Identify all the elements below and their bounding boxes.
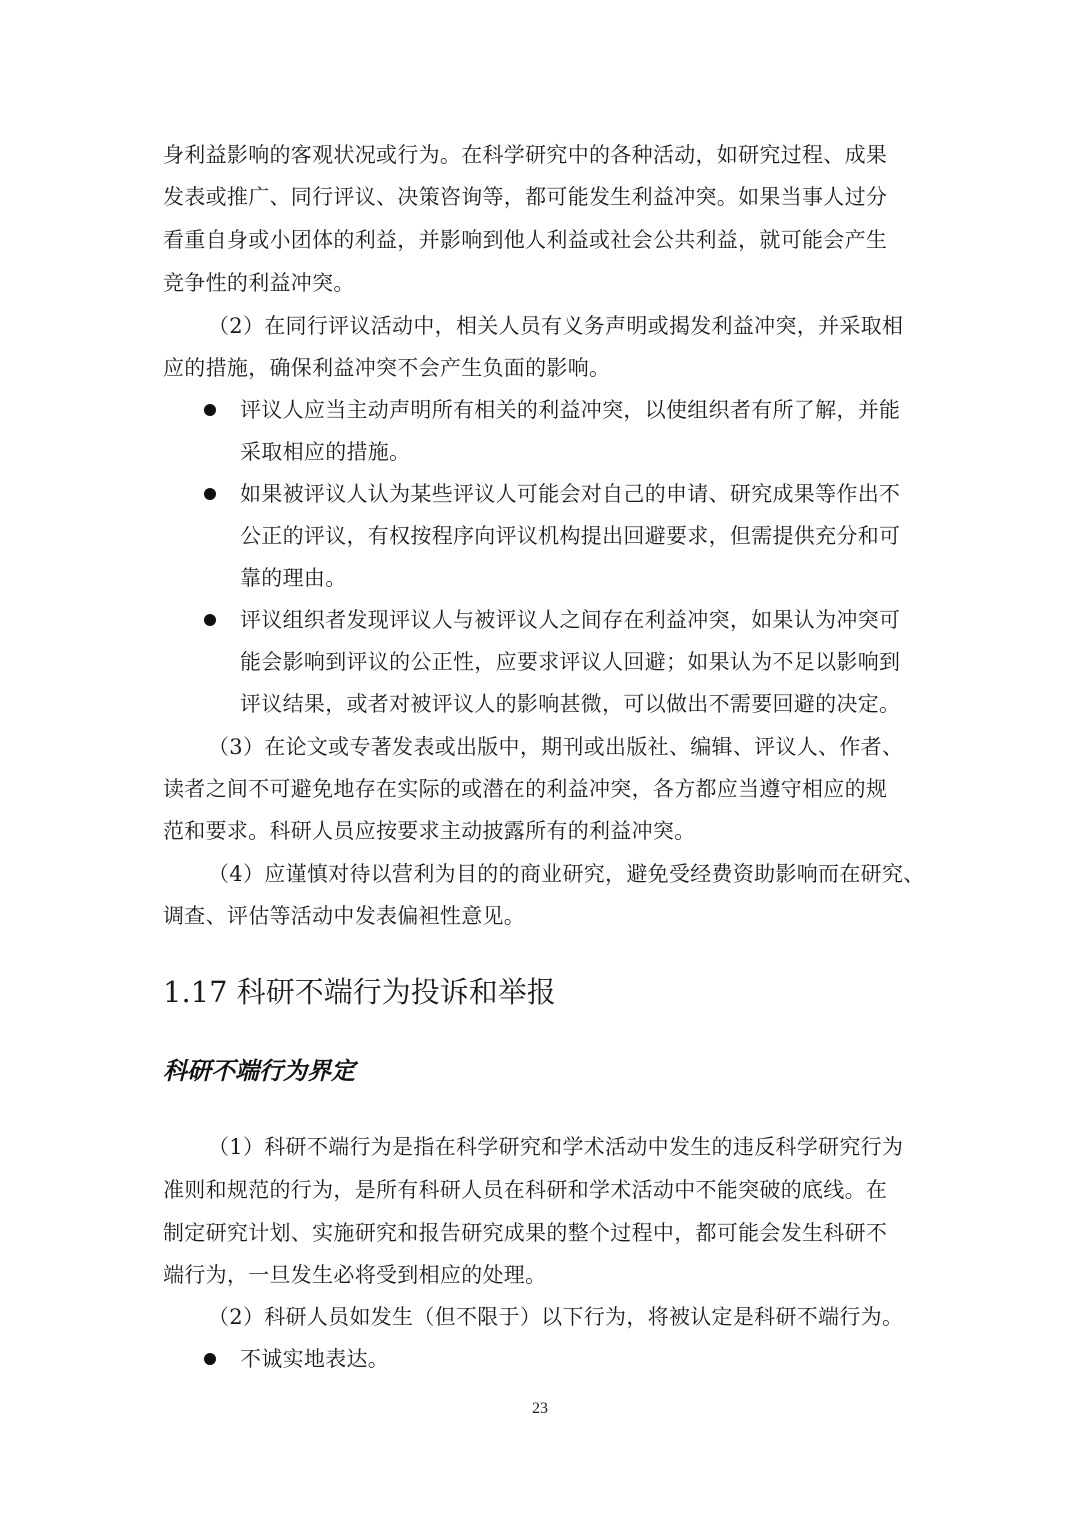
body-text-line: 身利益影响的客观状况或行为。在科学研究中的各种活动，如研究过程、成果 — [163, 140, 923, 170]
body-text-line: （3）在论文或专著发表或出版中，期刊或出版社、编辑、评议人、作者、 — [208, 732, 968, 762]
bullet-text-line: 评议人应当主动声明所有相关的利益冲突，以使组织者有所了解，并能 — [240, 395, 920, 425]
body-text-line: （2）在同行评议活动中，相关人员有义务声明或揭发利益冲突，并采取相 — [208, 311, 968, 341]
body-text-line: 调查、评估等活动中发表偏袒性意见。 — [163, 901, 923, 931]
bullet-icon — [204, 614, 216, 626]
body-text-line: 竞争性的利益冲突。 — [163, 268, 923, 298]
body-text-line: （2）科研人员如发生（但不限于）以下行为，将被认定是科研不端行为。 — [208, 1302, 968, 1332]
page-number: 23 — [0, 1400, 1080, 1418]
bullet-text-line: 如果被评议人认为某些评议人可能会对自己的申请、研究成果等作出不 — [240, 479, 920, 509]
body-text-line: 读者之间不可避免地存在实际的或潜在的利益冲突，各方都应当遵守相应的规 — [163, 774, 923, 804]
bullet-text-line: 靠的理由。 — [240, 563, 920, 593]
bullet-text-line: 评议结果，或者对被评议人的影响甚微，可以做出不需要回避的决定。 — [240, 689, 920, 719]
body-text-line: 应的措施，确保利益冲突不会产生负面的影响。 — [163, 353, 923, 383]
document-page: 身利益影响的客观状况或行为。在科学研究中的各种活动，如研究过程、成果 发表或推广… — [0, 0, 1080, 1527]
body-text-line: 看重自身或小团体的利益，并影响到他人利益或社会公共利益，就可能会产生 — [163, 225, 923, 255]
bullet-icon — [204, 488, 216, 500]
body-text-line: 端行为，一旦发生必将受到相应的处理。 — [163, 1260, 923, 1290]
body-text-line: 范和要求。科研人员应按要求主动披露所有的利益冲突。 — [163, 816, 923, 846]
bullet-icon — [204, 1353, 216, 1365]
bullet-text-line: 能会影响到评议的公正性，应要求评议人回避；如果认为不足以影响到 — [240, 647, 920, 677]
bullet-text-line: 采取相应的措施。 — [240, 437, 920, 467]
subsection-heading: 科研不端行为界定 — [163, 1054, 355, 1088]
body-text-line: （1）科研不端行为是指在科学研究和学术活动中发生的违反科学研究行为 — [208, 1132, 968, 1162]
bullet-text-line: 公正的评议，有权按程序向评议机构提出回避要求，但需提供充分和可 — [240, 521, 920, 551]
body-text-line: （4）应谨慎对待以营利为目的的商业研究，避免受经费资助影响而在研究、 — [208, 859, 968, 889]
body-text-line: 发表或推广、同行评议、决策咨询等，都可能发生利益冲突。如果当事人过分 — [163, 182, 923, 212]
bullet-text-line: 评议组织者发现评议人与被评议人之间存在利益冲突，如果认为冲突可 — [240, 605, 920, 635]
bullet-text-line: 不诚实地表达。 — [240, 1344, 920, 1374]
bullet-icon — [204, 404, 216, 416]
section-heading: 1.17 科研不端行为投诉和举报 — [163, 972, 556, 1012]
body-text-line: 准则和规范的行为，是所有科研人员在科研和学术活动中不能突破的底线。在 — [163, 1175, 923, 1205]
body-text-line: 制定研究计划、实施研究和报告研究成果的整个过程中，都可能会发生科研不 — [163, 1218, 923, 1248]
